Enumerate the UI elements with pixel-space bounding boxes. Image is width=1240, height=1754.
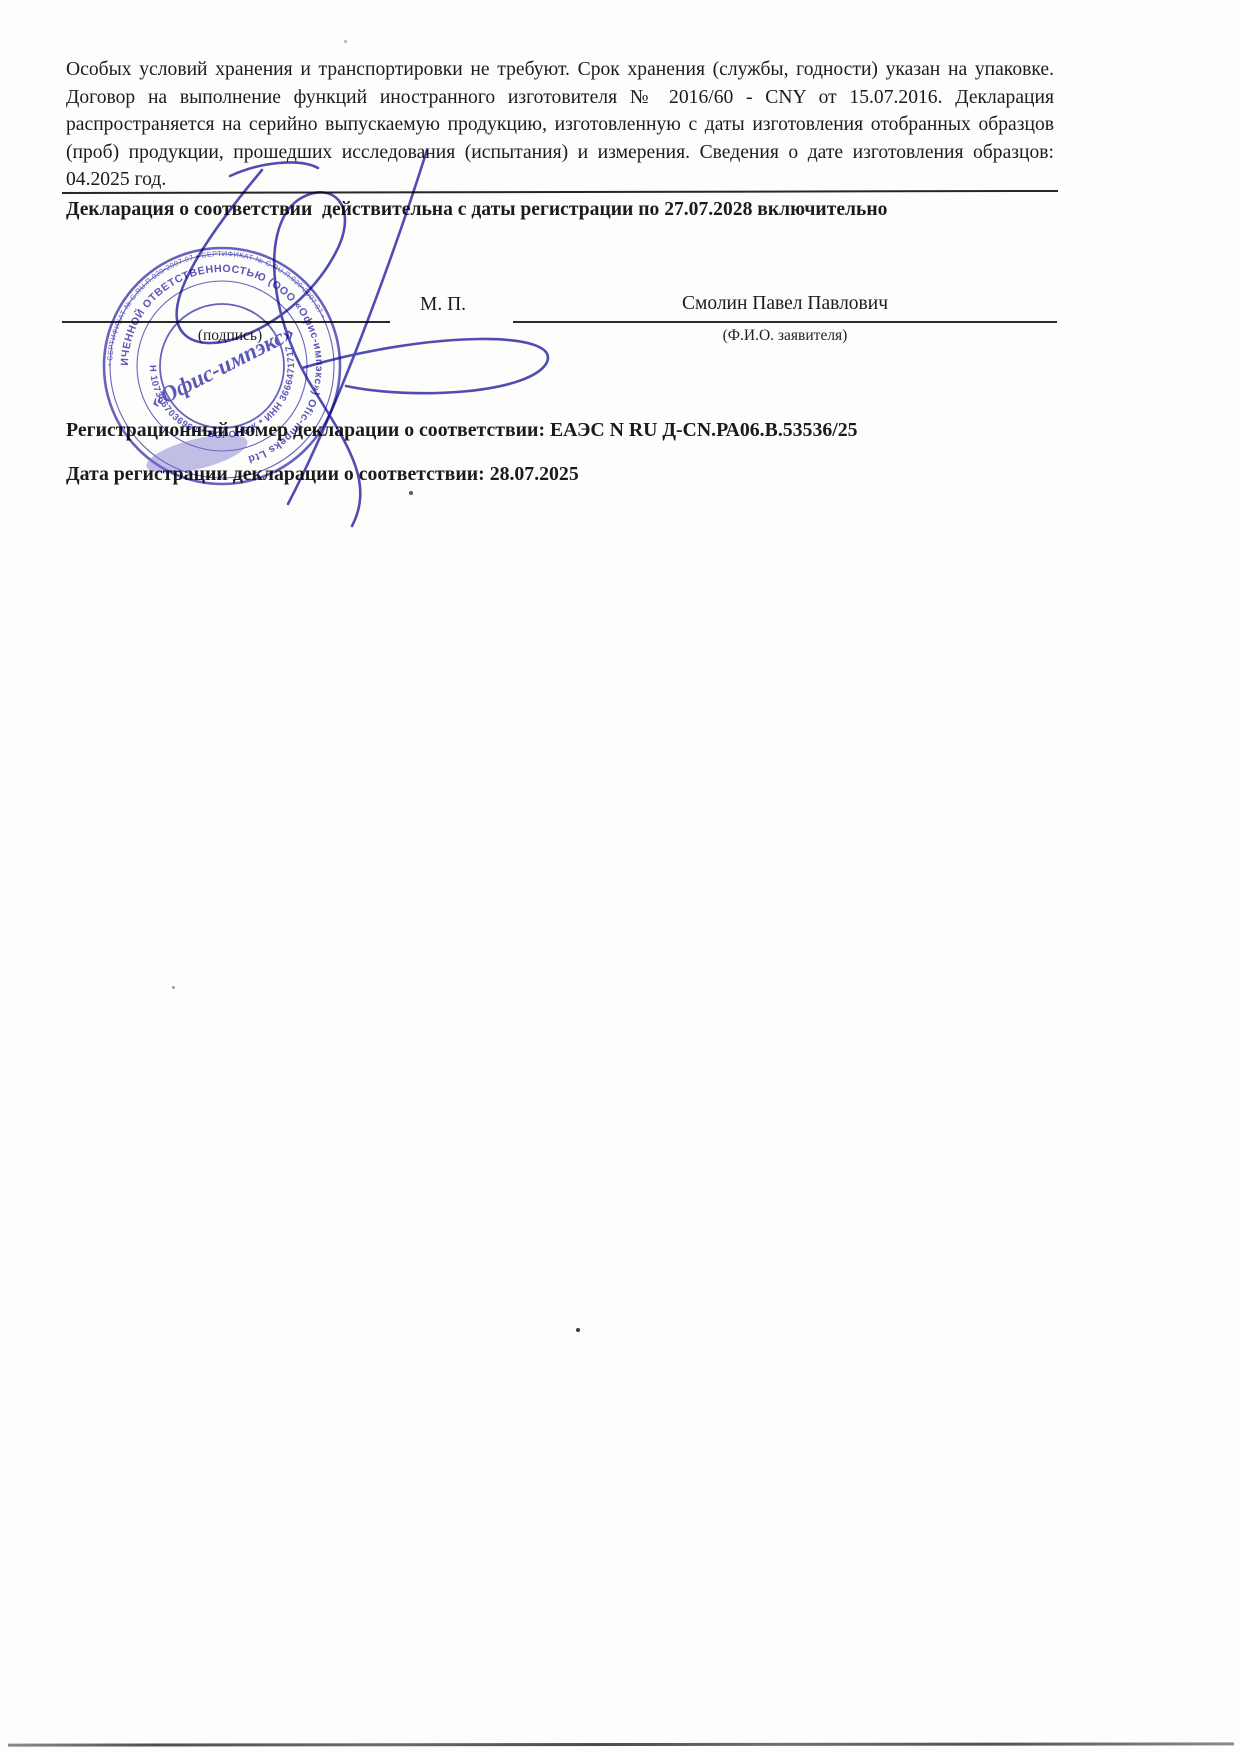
- applicant-name: Смолин Павел Павлович: [513, 293, 1057, 315]
- applicant-name-line: [513, 321, 1057, 323]
- scanner-edge-line: [8, 1742, 1234, 1746]
- scan-speck: [172, 986, 175, 989]
- storage-conditions-paragraph: Особых условий хранения и транспортировк…: [66, 56, 1054, 194]
- scan-speck: [576, 1328, 580, 1332]
- company-stamp-seal: • СЕРТИФИКАТ № С.RU.П.020•2007.07 • СЕРТ…: [82, 226, 362, 506]
- applicant-caption: (Ф.И.О. заявителя): [513, 327, 1057, 345]
- validity-statement: Декларация о соответствии действительна …: [66, 197, 1054, 223]
- stamp-place-label: М. П.: [420, 294, 466, 316]
- scan-speck: [409, 491, 413, 495]
- company-stamp: • СЕРТИФИКАТ № С.RU.П.020•2007.07 • СЕРТ…: [82, 226, 362, 506]
- scanned-declaration-page: Особых условий хранения и транспортировк…: [0, 0, 1240, 1754]
- scan-speck: [344, 40, 347, 43]
